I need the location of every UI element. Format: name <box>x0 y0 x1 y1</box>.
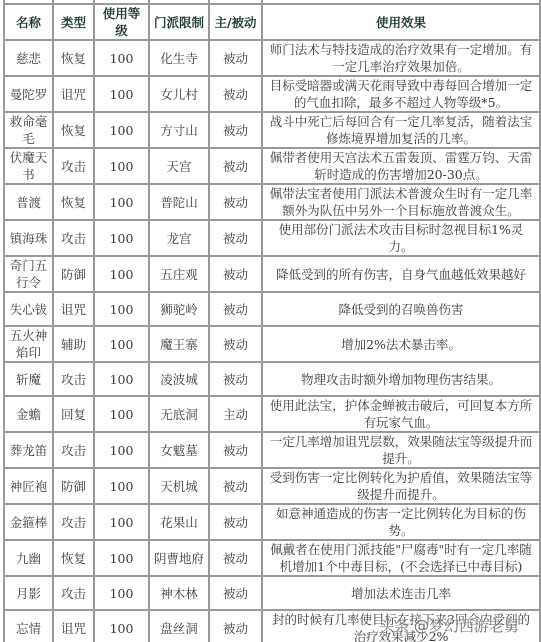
cell-effect: 目标受暗器或满天花雨导致中毒每回合增加一定的气血扣除，最多不超过人物等级*5。 <box>262 76 540 112</box>
header-type: 类型 <box>53 4 94 40</box>
cell-type: 恢复 <box>53 112 94 148</box>
cell-effect: 降低受到的所有伤害，自身气血越低效果越好 <box>262 256 540 292</box>
cell-mode: 被动 <box>209 540 262 576</box>
cell-mode: 被动 <box>209 148 262 184</box>
table-row: 金蟾回复100无底洞主动使用此法宝，护体金蝉被击破后，可回复本方所有玩家气血。 <box>4 396 540 432</box>
cell-effect: 佩带法宝者使用门派法术普渡众生时有一定几率额外为队伍中另外一个目标施放普渡众生。 <box>262 184 540 220</box>
table-row: 斩魔攻击100凌波城被动物理攻击时额外增加物理伤害结果。 <box>4 362 540 396</box>
cell-mode: 被动 <box>209 256 262 292</box>
cell-mode: 被动 <box>209 504 262 540</box>
cell-name: 曼陀罗 <box>4 76 53 112</box>
cell-level: 100 <box>94 362 149 396</box>
cell-faction: 五庄观 <box>149 256 209 292</box>
cell-mode: 被动 <box>209 184 262 220</box>
cell-type: 诅咒 <box>53 292 94 326</box>
cell-effect: 如意神通造成的伤害一定比例转化为目标的伤势。 <box>262 504 540 540</box>
table-row: 慈悲恢复100化生寺被动师门法术与特技造成的治疗效果有一定增加。有一定几率治疗效… <box>4 40 540 76</box>
cell-mode: 被动 <box>209 40 262 76</box>
cell-type: 恢复 <box>53 184 94 220</box>
cell-name: 救命毫毛 <box>4 112 53 148</box>
watermark: 头条 @梦幻西游老舅 <box>379 615 519 636</box>
cell-effect: 增加2%法术暴击率。 <box>262 326 540 362</box>
table-row: 镇海珠攻击100龙宫被动使用部份门派法术攻击目标时忽视目标1%灵力。 <box>4 220 540 256</box>
cell-level: 100 <box>94 184 149 220</box>
table-row: 普渡恢复100普陀山被动佩带法宝者使用门派法术普渡众生时有一定几率额外为队伍中另… <box>4 184 540 220</box>
header-faction: 门派限制 <box>149 4 209 40</box>
cell-type: 攻击 <box>53 362 94 396</box>
cell-type: 攻击 <box>53 576 94 610</box>
cell-name: 奇门五行令 <box>4 256 53 292</box>
cell-effect: 使用部份门派法术攻击目标时忽视目标1%灵力。 <box>262 220 540 256</box>
cell-name: 九幽 <box>4 540 53 576</box>
cell-effect: 师门法术与特技造成的治疗效果有一定增加。有一定几率治疗效果加倍。 <box>262 40 540 76</box>
cell-faction: 阴曹地府 <box>149 540 209 576</box>
cell-type: 辅助 <box>53 326 94 362</box>
cell-level: 100 <box>94 468 149 504</box>
cell-type: 攻击 <box>53 504 94 540</box>
table-row: 伏魔天书攻击100天宫被动佩带者使用天宫法术五雷轰顶、雷霆万钧、天雷斩时造成的伤… <box>4 148 540 184</box>
cell-type: 恢复 <box>53 540 94 576</box>
cell-type: 诅咒 <box>53 610 94 642</box>
table-row: 葬龙笛攻击100女魃墓被动一定几率增加诅咒层数，效果随法宝等级提升而提升。 <box>4 432 540 468</box>
cell-level: 100 <box>94 220 149 256</box>
cell-effect: 使用此法宝，护体金蝉被击破后，可回复本方所有玩家气血。 <box>262 396 540 432</box>
header-effect: 使用效果 <box>262 4 540 40</box>
cell-faction: 花果山 <box>149 504 209 540</box>
cell-effect: 佩带者使用天宫法术五雷轰顶、雷霆万钧、天雷斩时造成的伤害增加20-30点。 <box>262 148 540 184</box>
cell-effect: 增加法术连击几率 <box>262 576 540 610</box>
cell-faction: 狮驼岭 <box>149 292 209 326</box>
table-row: 金箍棒攻击100花果山被动如意神通造成的伤害一定比例转化为目标的伤势。 <box>4 504 540 540</box>
cell-mode: 被动 <box>209 576 262 610</box>
cell-name: 金箍棒 <box>4 504 53 540</box>
artifact-table: 名称 类型 使用等级 门派限制 主/被动 使用效果 慈悲恢复100化生寺被动师门… <box>3 0 541 642</box>
cell-faction: 龙宫 <box>149 220 209 256</box>
header-mode: 主/被动 <box>209 4 262 40</box>
cell-faction: 天机城 <box>149 468 209 504</box>
table-row: 奇门五行令防御100五庄观被动降低受到的所有伤害，自身气血越低效果越好 <box>4 256 540 292</box>
cell-mode: 被动 <box>209 432 262 468</box>
table-row: 曼陀罗诅咒100女儿村被动目标受暗器或满天花雨导致中毒每回合增加一定的气血扣除，… <box>4 76 540 112</box>
table-row: 救命毫毛恢复100方寸山被动战斗中死亡后每回合有一定几率复活，随着法宝修炼境界增… <box>4 112 540 148</box>
header-level: 使用等级 <box>94 4 149 40</box>
cell-mode: 被动 <box>209 468 262 504</box>
cell-name: 葬龙笛 <box>4 432 53 468</box>
cell-mode: 被动 <box>209 112 262 148</box>
cell-name: 慈悲 <box>4 40 53 76</box>
cell-name: 斩魔 <box>4 362 53 396</box>
cell-mode: 被动 <box>209 362 262 396</box>
cell-mode: 被动 <box>209 220 262 256</box>
cell-mode: 主动 <box>209 396 262 432</box>
cell-mode: 被动 <box>209 610 262 642</box>
cell-faction: 魔王寨 <box>149 326 209 362</box>
table-row: 失心钹诅咒100狮驼岭被动降低受到的召唤兽伤害 <box>4 292 540 326</box>
cell-level: 100 <box>94 504 149 540</box>
table-row: 月影攻击100神木林被动增加法术连击几率 <box>4 576 540 610</box>
cell-type: 攻击 <box>53 148 94 184</box>
table-row: 五火神焰印辅助100魔王寨被动增加2%法术暴击率。 <box>4 326 540 362</box>
table-row: 九幽恢复100阴曹地府被动佩戴者在使用门派技能"尸腐毒"时有一定几率随机增加1个… <box>4 540 540 576</box>
cell-mode: 被动 <box>209 76 262 112</box>
cell-type: 恢复 <box>53 40 94 76</box>
cell-level: 100 <box>94 76 149 112</box>
cell-type: 攻击 <box>53 432 94 468</box>
cell-faction: 无底洞 <box>149 396 209 432</box>
table-row: 神匠袍防御100天机城被动受到伤害一定比例转化为护盾值，效果随法宝等级提升而提升… <box>4 468 540 504</box>
cell-name: 神匠袍 <box>4 468 53 504</box>
cell-level: 100 <box>94 540 149 576</box>
cell-effect: 佩戴者在使用门派技能"尸腐毒"时有一定几率随机增加1个中毒目标，(不会选择已中毒… <box>262 540 540 576</box>
cell-level: 100 <box>94 40 149 76</box>
cell-level: 100 <box>94 610 149 642</box>
cell-effect: 受到伤害一定比例转化为护盾值，效果随法宝等级提升而提升。 <box>262 468 540 504</box>
cell-faction: 女儿村 <box>149 76 209 112</box>
cell-effect: 战斗中死亡后每回合有一定几率复活，随着法宝修炼境界增加复活的几率。 <box>262 112 540 148</box>
cell-level: 100 <box>94 326 149 362</box>
cell-level: 100 <box>94 432 149 468</box>
cell-faction: 盘丝洞 <box>149 610 209 642</box>
cell-faction: 凌波城 <box>149 362 209 396</box>
cell-name: 镇海珠 <box>4 220 53 256</box>
cell-faction: 方寸山 <box>149 112 209 148</box>
cell-type: 回复 <box>53 396 94 432</box>
cell-type: 攻击 <box>53 220 94 256</box>
cell-level: 100 <box>94 396 149 432</box>
cell-name: 金蟾 <box>4 396 53 432</box>
cell-type: 诅咒 <box>53 76 94 112</box>
artifact-table-container: 名称 类型 使用等级 门派限制 主/被动 使用效果 慈悲恢复100化生寺被动师门… <box>3 0 539 642</box>
cell-name: 五火神焰印 <box>4 326 53 362</box>
cell-type: 防御 <box>53 256 94 292</box>
cell-level: 100 <box>94 112 149 148</box>
cell-name: 忘情 <box>4 610 53 642</box>
table-header-row: 名称 类型 使用等级 门派限制 主/被动 使用效果 <box>4 4 540 40</box>
cell-level: 100 <box>94 256 149 292</box>
cell-faction: 普陀山 <box>149 184 209 220</box>
cell-effect: 物理攻击时额外增加物理伤害结果。 <box>262 362 540 396</box>
cell-level: 100 <box>94 576 149 610</box>
cell-name: 月影 <box>4 576 53 610</box>
cell-level: 100 <box>94 148 149 184</box>
cell-mode: 被动 <box>209 326 262 362</box>
cell-faction: 化生寺 <box>149 40 209 76</box>
cell-name: 失心钹 <box>4 292 53 326</box>
cell-level: 100 <box>94 292 149 326</box>
cell-mode: 被动 <box>209 292 262 326</box>
cell-name: 普渡 <box>4 184 53 220</box>
cell-faction: 女魃墓 <box>149 432 209 468</box>
cell-effect: 一定几率增加诅咒层数，效果随法宝等级提升而提升。 <box>262 432 540 468</box>
cell-faction: 神木林 <box>149 576 209 610</box>
header-name: 名称 <box>4 4 53 40</box>
cell-name: 伏魔天书 <box>4 148 53 184</box>
cell-faction: 天宫 <box>149 148 209 184</box>
cell-type: 防御 <box>53 468 94 504</box>
cell-effect: 降低受到的召唤兽伤害 <box>262 292 540 326</box>
